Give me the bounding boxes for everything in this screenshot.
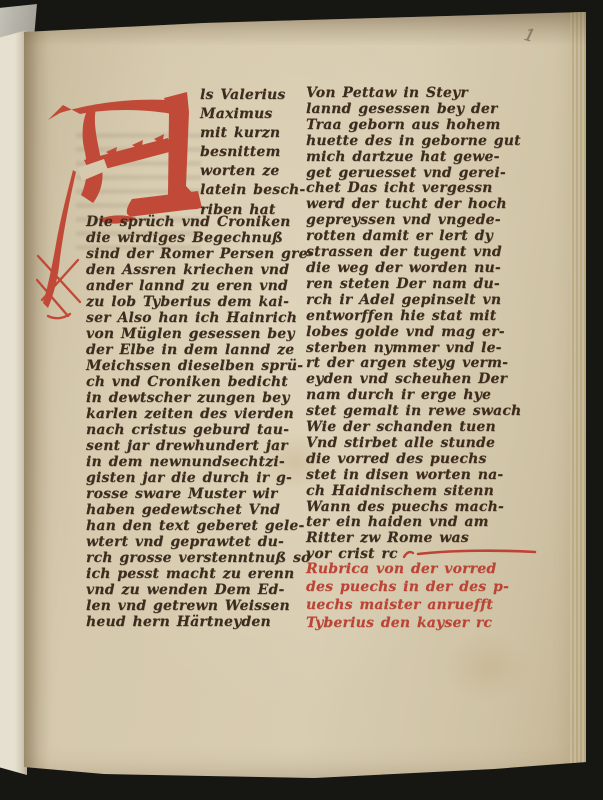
text-line: entworffen hie stat mit	[306, 309, 562, 325]
text-line: Wie der schanden tuen	[306, 420, 562, 436]
manuscript-scan: 1 A	[0, 0, 603, 800]
text-line: ter ein haiden vnd am	[306, 515, 562, 531]
text-line: uechs maister anruefft	[306, 596, 562, 614]
fore-edge	[570, 12, 586, 780]
text-line: sterben nymmer vnd le-	[306, 341, 562, 357]
text-line: werd der tucht der hoch	[306, 197, 562, 213]
text-line: Rubrica von der vorred	[306, 560, 562, 578]
text-line: nam durch ir erge hye	[306, 388, 562, 404]
text-line: ich pesst macht zu erenn	[86, 566, 326, 582]
text-line: von Müglen gesessen bey	[86, 326, 326, 342]
text-line: in dewtscher zungen bey	[86, 390, 326, 406]
text-line: wtert vnd geprawtet du-	[86, 534, 326, 550]
text-line: haben gedewtschet Vnd	[86, 502, 326, 518]
text-line: ser Also han ich Hainrich	[86, 310, 326, 326]
text-line: die weg der worden nu-	[306, 261, 562, 277]
text-line: sind der Romer Persen gre-	[86, 246, 326, 262]
text-line: die vorred des puechs	[306, 452, 562, 468]
text-line: Tyberius den kayser rc	[306, 614, 562, 632]
text-line: rt der argen steyg verm-	[306, 356, 562, 372]
text-line: han den text geberet gele-	[86, 518, 326, 534]
text-line: Ritter zw Rome was	[306, 531, 562, 547]
text-line: eyden vnd scheuhen Der	[306, 372, 562, 388]
text-line: karlen zeiten des vierden	[86, 406, 326, 422]
text-line: die wirdiges Begechnuß	[86, 230, 326, 246]
text-line: lobes golde vnd mag er-	[306, 325, 562, 341]
text-line: Vnd stirbet alle stunde	[306, 436, 562, 452]
text-line: stet gemalt in rewe swach	[306, 404, 562, 420]
text-line: Von Pettaw in Steyr	[306, 86, 562, 102]
text-line: gisten jar die durch ir g-	[86, 470, 326, 486]
text-line: chet Das icht vergessn	[306, 181, 562, 197]
text-line: get geruesset vnd gerei-	[306, 166, 562, 182]
text-line: ch vnd Croniken bedicht	[86, 374, 326, 390]
text-line: huette des in geborne gut	[306, 134, 562, 150]
top-edge-shadow	[24, 12, 586, 46]
text-line: Meichssen dieselben sprü-	[86, 358, 326, 374]
text-line: stet in disen worten na-	[306, 468, 562, 484]
rubric-flourish	[402, 546, 538, 560]
text-line: zu lob Tyberius dem kai-	[86, 294, 326, 310]
text-line: sent jar drewhundert jar	[86, 438, 326, 454]
text-line: mich dartzue hat gewe-	[306, 150, 562, 166]
rubric-text: Rubrica von der vorreddes puechs in der …	[306, 560, 562, 632]
text-line: der Elbe in dem lannd ze	[86, 342, 326, 358]
text-line: den Assren kriechen vnd	[86, 262, 326, 278]
text-line: rotten damit er lert dy	[306, 229, 562, 245]
text-line: ren steten Der nam du-	[306, 277, 562, 293]
text-line: rch grosse verstenntnuß so	[86, 550, 326, 566]
text-line: rosse sware Muster wir	[86, 486, 326, 502]
text-line: lannd gesessen bey der	[306, 102, 562, 118]
parchment-stain	[444, 632, 534, 702]
text-line: nach cristus geburd tau-	[86, 422, 326, 438]
right-column: Von Pettaw in Steyrlannd gesessen bey de…	[306, 86, 562, 563]
text-line: ch Haidnischem sitenn	[306, 484, 562, 500]
flyleaf-edge	[0, 30, 27, 775]
left-column: Die sprüch vnd Cronikendie wirdiges Bege…	[86, 214, 326, 630]
text-line: Die sprüch vnd Croniken	[86, 214, 326, 230]
text-line: rch ir Adel gepinselt vn	[306, 293, 562, 309]
manuscript-page: 1 A	[24, 12, 586, 780]
text-line: strassen der tugent vnd	[306, 245, 562, 261]
text-line: Wann des puechs mach-	[306, 500, 562, 516]
text-line: des puechs in der des p-	[306, 578, 562, 596]
text-line: vnd zu wenden Dem Ed-	[86, 582, 326, 598]
text-line: heud hern Härtneyden	[86, 614, 326, 630]
text-line: gepreyssen vnd vngede-	[306, 213, 562, 229]
text-line: ander lannd zu eren vnd	[86, 278, 326, 294]
text-line: Traa geborn aus hohem	[306, 118, 562, 134]
text-line: len vnd getrewn Weissen	[86, 598, 326, 614]
text-line: in dem newnundsechtzi-	[86, 454, 326, 470]
